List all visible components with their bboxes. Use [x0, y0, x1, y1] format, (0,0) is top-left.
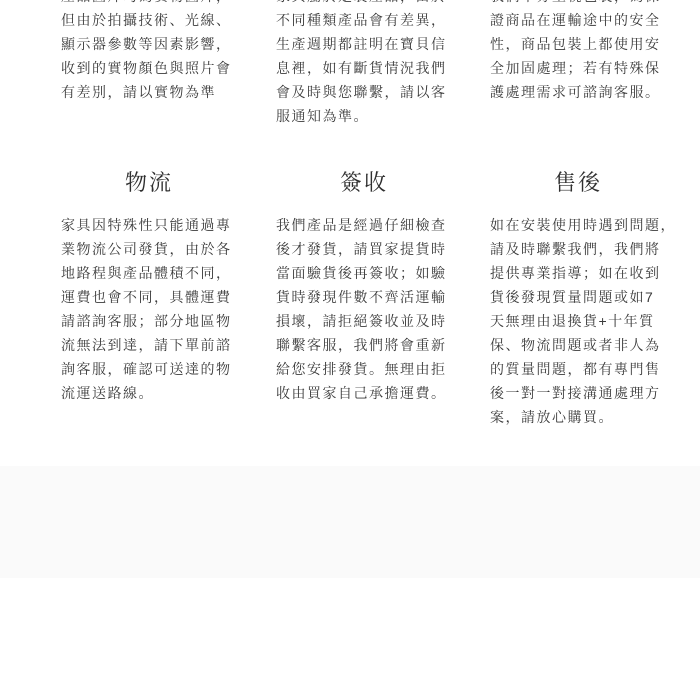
- text-line: 生產週期都註明在寶貝信: [276, 32, 462, 56]
- text-line: 有差別，請以實物為準: [61, 80, 247, 104]
- text-line: 息裡，如有斷貨情況我們: [276, 56, 462, 80]
- text-line: 案，請放心購買。: [490, 405, 676, 429]
- section-title-logistics: 物流: [61, 168, 237, 198]
- text-line: 家具屬於定製產品，由於: [276, 0, 462, 8]
- top-paragraph-color-note: 產品圖片均為實物圖片，但由於拍攝技術、光線、顯示器參數等因素影響，收到的實物顏色…: [61, 0, 247, 104]
- top-paragraph-production-cycle: 家具屬於定製產品，由於不同種類產品會有差異，生產週期都註明在寶貝信息裡，如有斷貨…: [276, 0, 462, 128]
- text-line: 收由買家自己承擔運費。: [276, 381, 462, 405]
- text-line: 顯示器參數等因素影響，: [61, 32, 247, 56]
- top-clipped-section: 產品圖片均為實物圖片，但由於拍攝技術、光線、顯示器參數等因素影響，收到的實物顏色…: [0, 0, 700, 132]
- text-line: 貨後發現質量問題或如7: [490, 285, 676, 309]
- text-line: 會及時與您聯繫，請以客: [276, 80, 462, 104]
- text-line: 全加固處理；若有特殊保: [490, 56, 676, 80]
- section-body-after-sales: 如在安裝使用時遇到問題，請及時聯繫我們，我們將提供專業指導；如在收到貨後發現質量…: [490, 213, 676, 429]
- text-line: 天無理由退換貨+十年質: [490, 309, 676, 333]
- text-line: 後才發貨，請買家提貨時: [276, 237, 462, 261]
- text-line: 性，商品包裝上都使用安: [490, 32, 676, 56]
- text-line: 流運送路線。: [61, 381, 247, 405]
- text-line: 護處理需求可諮詢客服。: [490, 80, 676, 104]
- text-line: 我們產品是經過仔細檢查: [276, 213, 462, 237]
- text-line: 請及時聯繫我們，我們將: [490, 237, 676, 261]
- text-line: 運費也會不同，具體運費: [61, 285, 247, 309]
- text-line: 業物流公司發貨，由於各: [61, 237, 247, 261]
- background-band: [0, 466, 700, 578]
- text-line: 貨時發現件數不齊活運輸: [276, 285, 462, 309]
- text-line: 給您安排發貨。無理由拒: [276, 357, 462, 381]
- section-body-logistics: 家具因特殊性只能通過專業物流公司發貨，由於各地路程與產品體積不同，運費也會不同，…: [61, 213, 247, 405]
- text-line: 當面驗貨後再簽收；如驗: [276, 261, 462, 285]
- text-line: 聯繫客服，我們將會重新: [276, 333, 462, 357]
- text-line: 保、物流問題或者非人為: [490, 333, 676, 357]
- section-title-after-sales: 售後: [490, 168, 666, 198]
- text-line: 我們十分重視包裝，為保: [490, 0, 676, 8]
- text-line: 地路程與產品體積不同，: [61, 261, 247, 285]
- text-line: 流無法到達，請下單前諮: [61, 333, 247, 357]
- text-line: 服通知為準。: [276, 104, 462, 128]
- top-paragraph-packaging: 我們十分重視包裝，為保證商品在運輸途中的安全性，商品包裝上都使用安全加固處理；若…: [490, 0, 676, 104]
- text-line: 收到的實物顏色與照片會: [61, 56, 247, 80]
- text-line: 的質量問題，都有專門售: [490, 357, 676, 381]
- text-line: 損壞，請拒絕簽收並及時: [276, 309, 462, 333]
- text-line: 產品圖片均為實物圖片，: [61, 0, 247, 8]
- text-line: 家具因特殊性只能通過專: [61, 213, 247, 237]
- text-line: 詢客服，確認可送達的物: [61, 357, 247, 381]
- text-line: 但由於拍攝技術、光線、: [61, 8, 247, 32]
- text-line: 後一對一對接溝通處理方: [490, 381, 676, 405]
- text-line: 證商品在運輸途中的安全: [490, 8, 676, 32]
- text-line: 請諮詢客服；部分地區物: [61, 309, 247, 333]
- text-line: 不同種類產品會有差異，: [276, 8, 462, 32]
- product-info-page: 產品圖片均為實物圖片，但由於拍攝技術、光線、顯示器參數等因素影響，收到的實物顏色…: [0, 0, 700, 700]
- section-title-sign-receipt: 簽收: [276, 168, 452, 198]
- text-line: 提供專業指導；如在收到: [490, 261, 676, 285]
- section-body-sign-receipt: 我們產品是經過仔細檢查後才發貨，請買家提貨時當面驗貨後再簽收；如驗貨時發現件數不…: [276, 213, 462, 405]
- text-line: 如在安裝使用時遇到問題，: [490, 213, 676, 237]
